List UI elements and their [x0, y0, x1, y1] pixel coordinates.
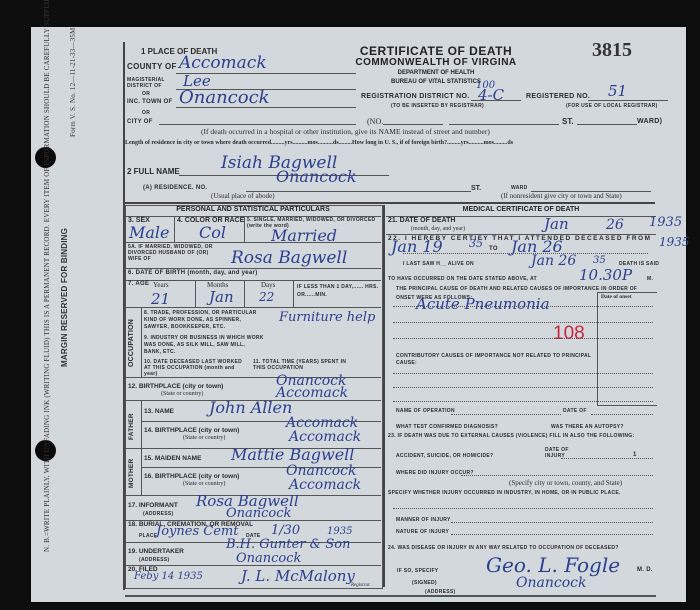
form-number: Form V. S. No. 12—11-21-33—35M.: [69, 26, 77, 137]
occupation-side-label: OCCUPATION: [128, 319, 135, 367]
residence-length: Length of residence in city or town wher…: [125, 140, 513, 146]
residence-value: Onancock: [276, 167, 357, 186]
town-value: Onancock: [179, 87, 270, 108]
town-label: INC. TOWN OF: [127, 99, 173, 105]
sex-value: Male: [129, 223, 170, 242]
death-year: 1935: [649, 215, 682, 230]
commonwealth-title: COMMONWEALTH OF VIRGINA: [321, 57, 551, 68]
full-name-label: 2 FULL NAME: [127, 167, 180, 176]
age-days: 22: [259, 290, 274, 304]
date-of-onset-box: [597, 292, 657, 406]
reg-district-label: REGISTRATION DISTRICT NO.: [361, 93, 469, 100]
certificate-number: 3815: [592, 39, 632, 62]
medical-section-title: MEDICAL CERTIFICATE OF DEATH: [386, 206, 656, 213]
death-certificate: N. B.=WRITE PLAINLY, WITH UNFADING INK (…: [31, 27, 686, 602]
cause-code: 108: [553, 323, 585, 345]
race-value: Col: [199, 223, 226, 242]
county-value: Accomack: [179, 53, 267, 73]
death-month: Jan: [544, 215, 569, 233]
father-name-value: John Allen: [209, 398, 292, 417]
filed-date: Feby 14 1935: [134, 571, 203, 582]
undertaker-address: Onancock: [236, 551, 301, 566]
city-label: CITY OF: [127, 119, 153, 125]
spouse-value: Rosa Bagwell: [231, 248, 347, 268]
department: DEPARTMENT OF HEALTH: [331, 70, 541, 76]
personal-section-title: PERSONAL AND STATISTICAL PARTICULARS: [125, 206, 381, 213]
physician-address: Onancock: [516, 575, 586, 591]
last-saw-date: Jan 26: [531, 253, 576, 269]
reg-district-value: 4-C: [478, 86, 504, 104]
bureau: BUREAU OF VITAL STATISTICS: [331, 79, 541, 85]
registered-no-value: 51: [608, 82, 627, 100]
time-of-death: 10.30P: [579, 266, 632, 284]
binding-note: MARGIN RESERVED FOR BINDING: [60, 228, 69, 367]
instructions-line-1: N. B.=WRITE PLAINLY, WITH UNFADING INK (…: [43, 0, 51, 552]
mother-name-value: Mattie Bagwell: [231, 445, 354, 464]
burial-date: 1/30: [271, 523, 300, 538]
mother-birthplace-state: Accomack: [289, 477, 361, 493]
registered-no-label: REGISTERED NO.: [526, 93, 590, 100]
registrar-signature: J. L. McMalony: [241, 567, 355, 585]
county-label: COUNTY OF: [127, 62, 177, 71]
age-years: 21: [151, 290, 170, 308]
magisterial-label: MAGISTERIAL DISTRICT OF: [127, 77, 172, 89]
cause-of-death: Acute Pneumonia: [416, 295, 550, 313]
age-months: Jan: [209, 288, 234, 306]
informant-address: Onancock: [226, 506, 291, 521]
hospital-note: (If death occurred in a hospital or othe…: [201, 127, 490, 136]
certificate-title: CERTIFICATE OF DEATH: [331, 44, 541, 58]
undertaker-value: B.H. Gunter & Son: [226, 537, 351, 552]
burial-year: 1935: [327, 526, 352, 537]
death-day: 26: [606, 217, 624, 233]
occupation-value: Furniture help: [279, 310, 375, 325]
father-birthplace-state: Accomack: [289, 429, 361, 445]
physician-signature: Geo. L. Fogle: [486, 553, 620, 577]
